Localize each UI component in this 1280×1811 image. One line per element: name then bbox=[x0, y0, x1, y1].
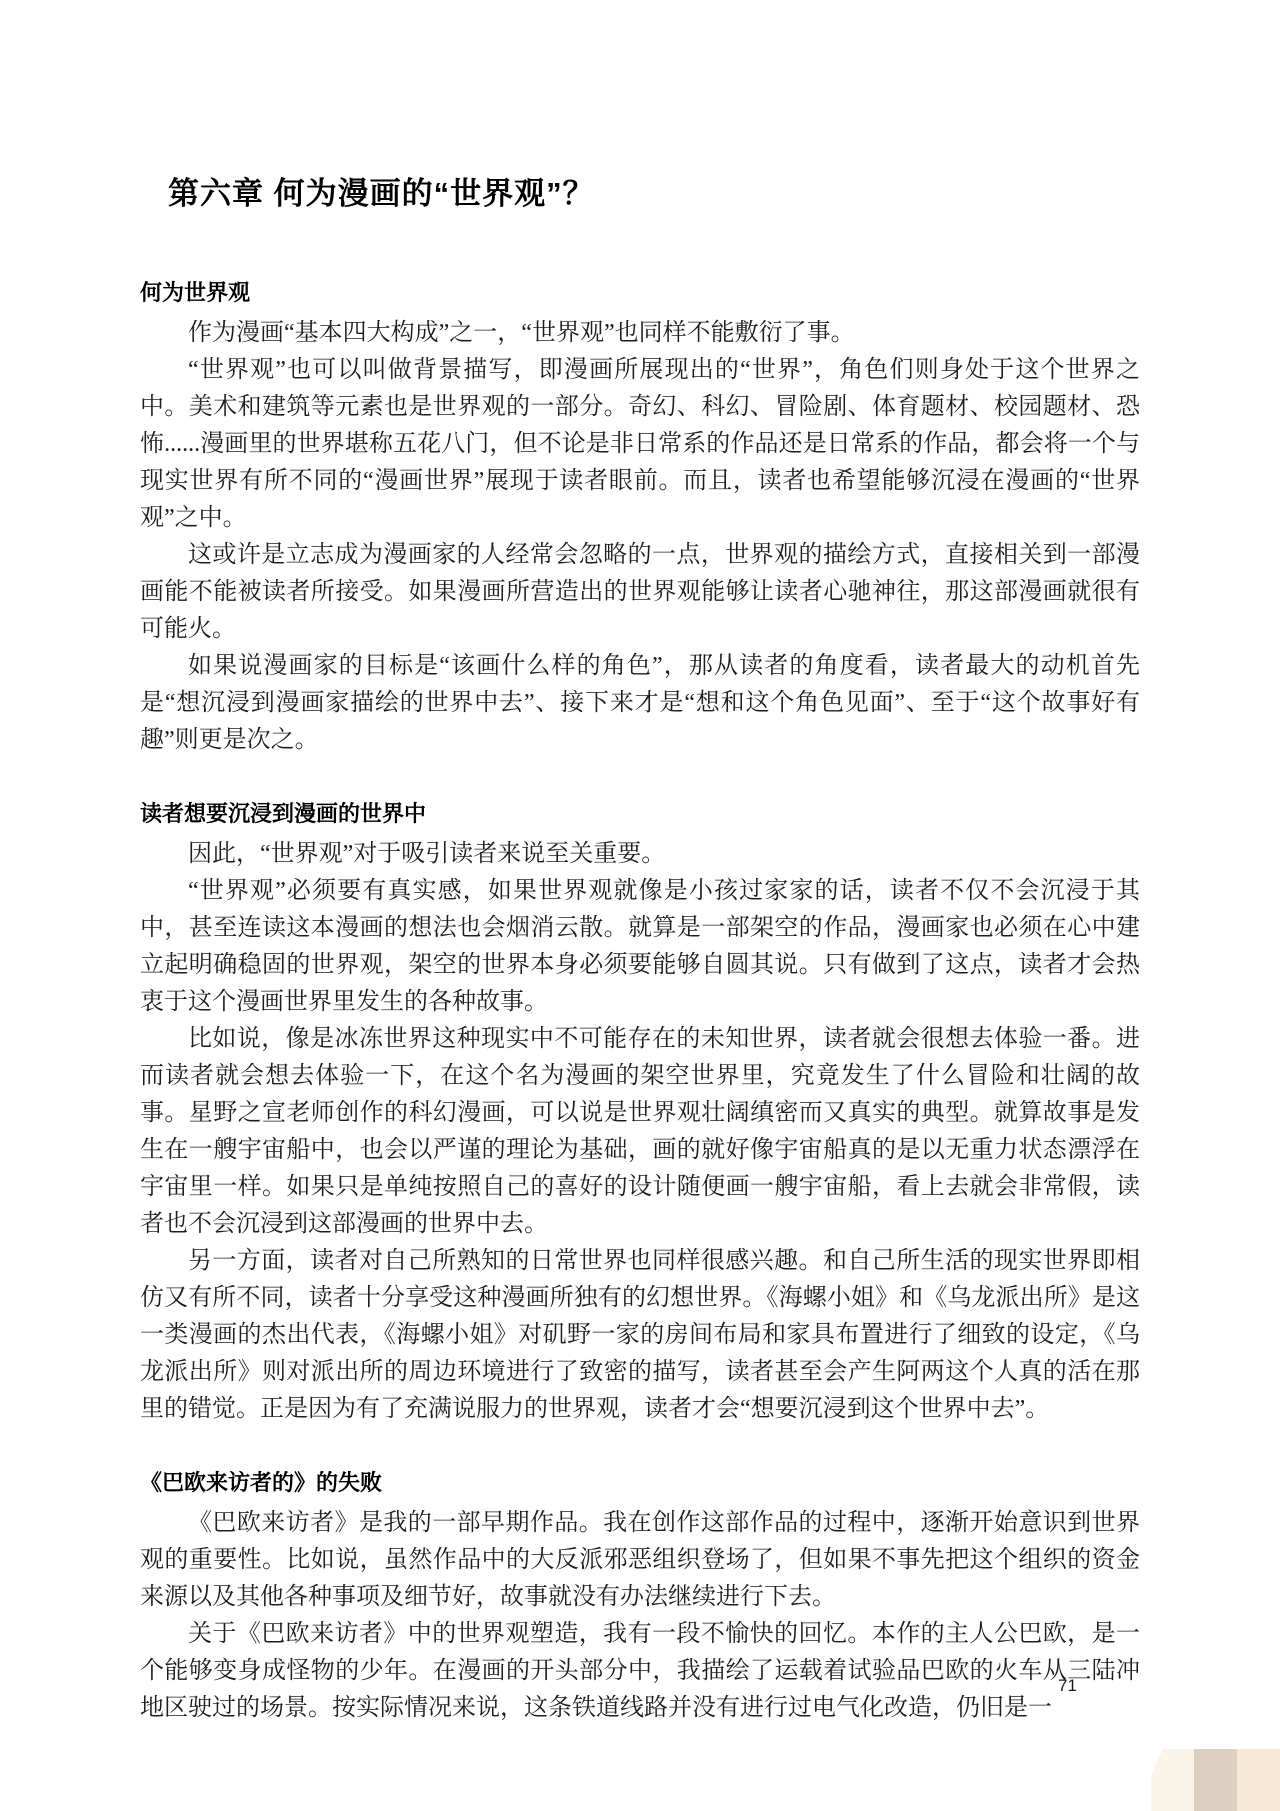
paragraph: 关于《巴欧来访者》中的世界观塑造，我有一段不愉快的回忆。本作的主人公巴欧，是一个… bbox=[140, 1616, 1140, 1727]
page-number: 71 bbox=[1058, 1676, 1077, 1696]
corner-band bbox=[1237, 1749, 1280, 1811]
paragraph: 比如说，像是冰冻世界这种现实中不可能存在的未知世界，读者就会很想去体验一番。进而… bbox=[140, 1021, 1140, 1243]
paragraph: 如果说漫画家的目标是“该画什么样的角色”，那从读者的角度看，读者最大的动机首先是… bbox=[140, 648, 1140, 759]
section-readers-want-immersion: 读者想要沉浸到漫画的世界中 因此，“世界观”对于吸引读者来说至关重要。 “世界观… bbox=[140, 799, 1140, 1428]
paragraph: 这或许是立志成为漫画家的人经常会忽略的一点，世界观的描绘方式，直接相关到一部漫画… bbox=[140, 537, 1140, 648]
section-heading: 何为世界观 bbox=[140, 278, 1140, 308]
section-what-is-worldview: 何为世界观 作为漫画“基本四大构成”之一，“世界观”也同样不能敷衍了事。 “世界… bbox=[140, 278, 1140, 759]
paragraph: 另一方面，读者对自己所熟知的日常世界也同样很感兴趣。和自己所生活的现实世界即相仿… bbox=[140, 1243, 1140, 1428]
corner-band bbox=[1151, 1749, 1194, 1811]
paragraph: 《巴欧来访者》是我的一部早期作品。我在创作这部作品的过程中，逐渐开始意识到世界观… bbox=[140, 1505, 1140, 1616]
page-corner-decoration bbox=[1151, 1749, 1280, 1811]
paragraph: 作为漫画“基本四大构成”之一，“世界观”也同样不能敷衍了事。 bbox=[140, 315, 1140, 352]
paragraph: “世界观”也可以叫做背景描写，即漫画所展现出的“世界”，角色们则身处于这个世界之… bbox=[140, 352, 1140, 537]
corner-band bbox=[1194, 1749, 1237, 1811]
section-heading: 《巴欧来访者的》的失败 bbox=[140, 1468, 1140, 1498]
section-heading: 读者想要沉浸到漫画的世界中 bbox=[140, 799, 1140, 829]
paragraph: 因此，“世界观”对于吸引读者来说至关重要。 bbox=[140, 836, 1140, 873]
book-page: 第六章 何为漫画的“世界观”？ 何为世界观 作为漫画“基本四大构成”之一，“世界… bbox=[0, 0, 1280, 1811]
paragraph: “世界观”必须要有真实感，如果世界观就像是小孩过家家的话，读者不仅不会沉浸于其中… bbox=[140, 873, 1140, 1021]
chapter-title: 第六章 何为漫画的“世界观”？ bbox=[168, 176, 1140, 212]
page-content: 第六章 何为漫画的“世界观”？ 何为世界观 作为漫画“基本四大构成”之一，“世界… bbox=[0, 0, 1280, 1727]
section-baoh-failure: 《巴欧来访者的》的失败 《巴欧来访者》是我的一部早期作品。我在创作这部作品的过程… bbox=[140, 1468, 1140, 1727]
